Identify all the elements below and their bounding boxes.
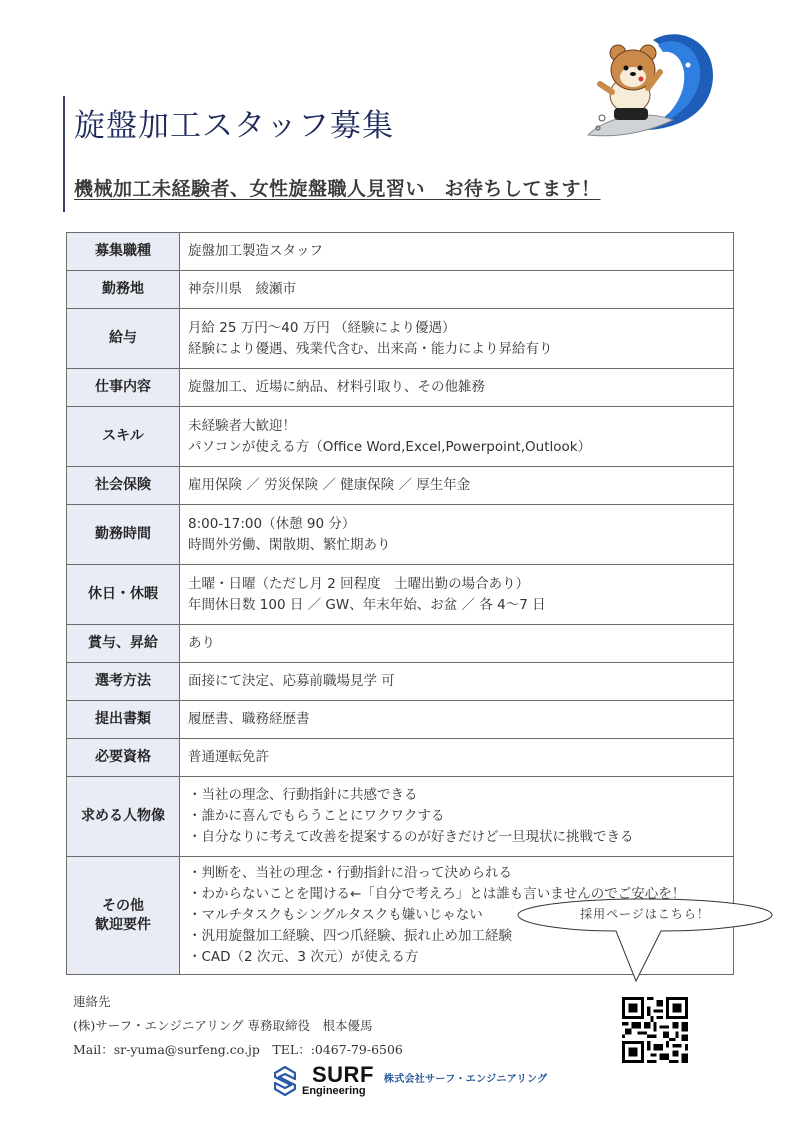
row-label: 勤務地 xyxy=(67,271,180,309)
contact-person: (株)サーフ・エンジニアリング 専務取締役 根本優馬 xyxy=(73,1014,403,1038)
row-value-line: ・当社の理念、行動指針に共感できる xyxy=(188,785,725,806)
logo-company-name: 株式会社サーフ・エンジニアリング xyxy=(384,1070,547,1085)
row-value: ・当社の理念、行動指針に共感できる ・誰かに喜んでもらうことにワクワクする ・自… xyxy=(180,777,734,857)
table-row-documents: 提出書類 履歴書、職務経歴書 xyxy=(67,701,734,739)
row-value: 月給 25 万円～40 万円 （経験により優遇） 経験により優遇、残業代含む、出… xyxy=(180,309,734,369)
table-row-job-type: 募集職種 旋盤加工製造スタッフ xyxy=(67,233,734,271)
job-spec-table: 募集職種 旋盤加工製造スタッフ 勤務地 神奈川県 綾瀬市 給与 月給 25 万円… xyxy=(66,232,734,975)
row-value-line: 経験により優遇、残業代含む、出来高・能力により昇給有り xyxy=(188,339,725,360)
row-value: 面接にて決定、応募前職場見学 可 xyxy=(180,663,734,701)
row-value: 未経験者大歓迎！ パソコンが使える方（Office Word,Excel,Pow… xyxy=(180,407,734,467)
logo-surf-text: SURF xyxy=(312,1064,374,1086)
row-value: 普通運転免許 xyxy=(180,739,734,777)
row-value: 神奈川県 綾瀬市 xyxy=(180,271,734,309)
row-value: あり xyxy=(180,625,734,663)
row-value-line: あり xyxy=(188,633,725,654)
table-row-location: 勤務地 神奈川県 綾瀬市 xyxy=(67,271,734,309)
row-label: スキル xyxy=(67,407,180,467)
row-label: その他 歓迎要件 xyxy=(67,857,180,975)
table-row-qualifications: 必要資格 普通運転免許 xyxy=(67,739,734,777)
row-label: 勤務時間 xyxy=(67,505,180,565)
contact-block: 連絡先 (株)サーフ・エンジニアリング 専務取締役 根本優馬 Mail：sr-y… xyxy=(73,990,403,1062)
surf-logo-mark-icon xyxy=(274,1066,296,1096)
logo-engineering-text: Engineering xyxy=(302,1086,374,1097)
row-label: 社会保険 xyxy=(67,467,180,505)
recruit-page-callout[interactable]: 採用ページはこちら！ xyxy=(516,905,774,922)
row-value-line: 普通運転免許 xyxy=(188,747,725,768)
table-row-work-hours: 勤務時間 8:00-17:00（休憩 90 分） 時間外労働、閑散期、繁忙期あり xyxy=(67,505,734,565)
row-label: 提出書類 xyxy=(67,701,180,739)
row-value: 8:00-17:00（休憩 90 分） 時間外労働、閑散期、繁忙期あり xyxy=(180,505,734,565)
table-row-ideal-candidate: 求める人物像 ・当社の理念、行動指針に共感できる ・誰かに喜んでもらうことにワク… xyxy=(67,777,734,857)
table-row-insurance: 社会保険 雇用保険 ／ 労災保険 ／ 健康保険 ／ 厚生年金 xyxy=(67,467,734,505)
table-row-salary: 給与 月給 25 万円～40 万円 （経験により優遇） 経験により優遇、残業代含… xyxy=(67,309,734,369)
row-value-line: 8:00-17:00（休憩 90 分） xyxy=(188,514,725,535)
row-value: 雇用保険 ／ 労災保険 ／ 健康保険 ／ 厚生年金 xyxy=(180,467,734,505)
row-value-line: 年間休日数 100 日 ／ GW、年末年始、お盆 ／ 各 4～7 日 xyxy=(188,595,725,616)
contact-mail-tel[interactable]: Mail：sr-yuma@surfeng.co.jp TEL：:0467-79-… xyxy=(73,1038,403,1062)
row-value-line: 未経験者大歓迎！ xyxy=(188,416,725,437)
surfing-bear-mascot-icon xyxy=(578,10,718,140)
page-subtitle: 機械加工未経験者、女性旋盤職人見習い お待ちしてます！ xyxy=(74,174,601,201)
title-accent-rule xyxy=(63,96,65,212)
row-label: 給与 xyxy=(67,309,180,369)
row-value-line: 旋盤加工、近場に納品、材料引取り、その他雑務 xyxy=(188,377,725,398)
row-label: 求める人物像 xyxy=(67,777,180,857)
row-label: 必要資格 xyxy=(67,739,180,777)
row-value-line: パソコンが使える方（Office Word,Excel,Powerpoint,O… xyxy=(188,437,725,458)
row-label-line: 歓迎要件 xyxy=(68,916,178,935)
row-value-line: 神奈川県 綾瀬市 xyxy=(188,279,725,300)
row-value: 土曜・日曜（ただし月 2 回程度 土曜出勤の場合あり） 年間休日数 100 日 … xyxy=(180,565,734,625)
table-row-job-content: 仕事内容 旋盤加工、近場に納品、材料引取り、その他雑務 xyxy=(67,369,734,407)
qr-code-icon[interactable] xyxy=(622,997,688,1063)
row-value-line: 土曜・日曜（ただし月 2 回程度 土曜出勤の場合あり） xyxy=(188,574,725,595)
row-value-line: 雇用保険 ／ 労災保険 ／ 健康保険 ／ 厚生年金 xyxy=(188,475,725,496)
contact-heading: 連絡先 xyxy=(73,990,403,1014)
row-value-line: 旋盤加工製造スタッフ xyxy=(188,241,725,262)
row-value-line: ・自分なりに考えて改善を提案するのが好きだけど一旦現状に挑戦できる xyxy=(188,827,725,848)
row-label: 選考方法 xyxy=(67,663,180,701)
row-label: 仕事内容 xyxy=(67,369,180,407)
row-label: 休日・休暇 xyxy=(67,565,180,625)
table-row-skills: スキル 未経験者大歓迎！ パソコンが使える方（Office Word,Excel… xyxy=(67,407,734,467)
row-value: 旋盤加工製造スタッフ xyxy=(180,233,734,271)
row-value: 旋盤加工、近場に納品、材料引取り、その他雑務 xyxy=(180,369,734,407)
row-label-line: その他 xyxy=(68,897,178,916)
row-label: 賞与、昇給 xyxy=(67,625,180,663)
row-value-line: 月給 25 万円～40 万円 （経験により優遇） xyxy=(188,318,725,339)
page-title: 旋盤加工スタッフ募集 xyxy=(74,100,394,145)
row-value: 履歴書、職務経歴書 xyxy=(180,701,734,739)
company-logo: SURF Engineering 株式会社サーフ・エンジニアリング xyxy=(274,1064,547,1097)
row-value-line: 履歴書、職務経歴書 xyxy=(188,709,725,730)
row-value-line: ・判断を、当社の理念・行動指針に沿って決められる xyxy=(188,863,725,884)
row-value-line: 面接にて決定、応募前職場見学 可 xyxy=(188,671,725,692)
table-row-bonus: 賞与、昇給 あり xyxy=(67,625,734,663)
table-row-selection: 選考方法 面接にて決定、応募前職場見学 可 xyxy=(67,663,734,701)
table-row-holidays: 休日・休暇 土曜・日曜（ただし月 2 回程度 土曜出勤の場合あり） 年間休日数 … xyxy=(67,565,734,625)
row-value-line: 時間外労働、閑散期、繁忙期あり xyxy=(188,535,725,556)
row-label: 募集職種 xyxy=(67,233,180,271)
logo-wordmark: SURF Engineering xyxy=(302,1064,374,1097)
row-value-line: ・誰かに喜んでもらうことにワクワクする xyxy=(188,806,725,827)
